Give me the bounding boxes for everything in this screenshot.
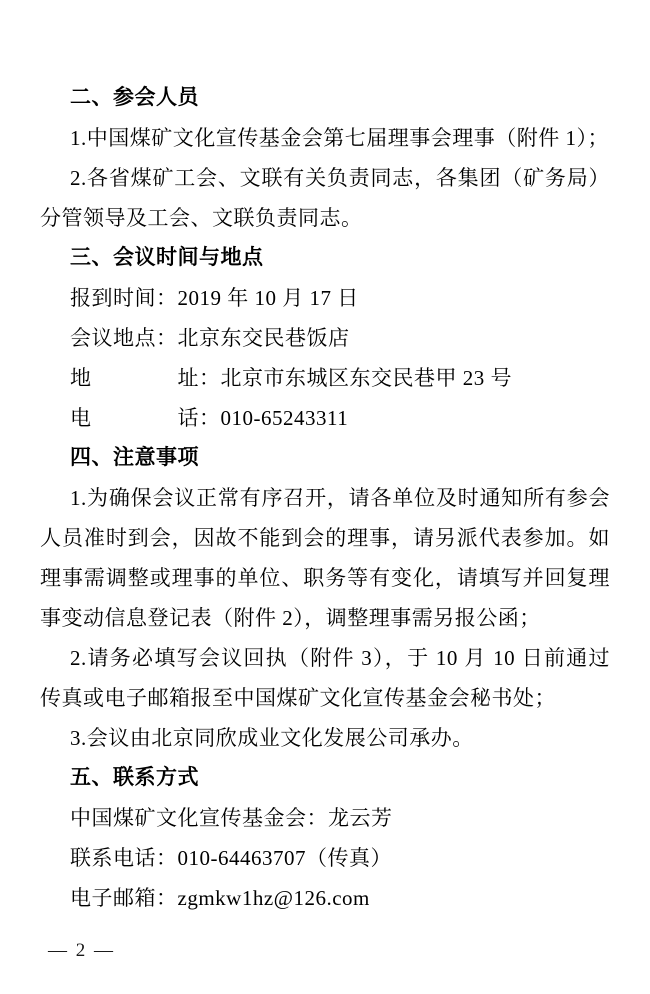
document-body: 二、参会人员 1.中国煤矿文化宣传基金会第七届理事会理事（附件 1）； 2.各省… bbox=[40, 78, 610, 918]
paragraph: 3.会议由北京同欣成业文化发展公司承办。 bbox=[40, 718, 610, 758]
paragraph: 1.中国煤矿文化宣传基金会第七届理事会理事（附件 1）； bbox=[40, 118, 610, 158]
paragraph: 联系电话：010-64463707（传真） bbox=[40, 838, 610, 878]
paragraph: 电子邮箱：zgmkw1hz@126.com bbox=[40, 878, 610, 918]
paragraph: 中国煤矿文化宣传基金会：龙云芳 bbox=[40, 798, 610, 838]
paragraph: 报到时间：2019 年 10 月 17 日 bbox=[40, 278, 610, 318]
paragraph: 地 址：北京市东城区东交民巷甲 23 号 bbox=[40, 358, 610, 398]
page-number: — 2 — bbox=[48, 938, 115, 964]
section-contact: 五、联系方式 中国煤矿文化宣传基金会：龙云芳 联系电话：010-64463707… bbox=[40, 758, 610, 918]
paragraph: 会议地点：北京东交民巷饭店 bbox=[40, 318, 610, 358]
section-heading: 二、参会人员 bbox=[40, 78, 610, 118]
section-notes: 四、注意事项 1.为确保会议正常有序召开，请各单位及时通知所有参会人员准时到会，… bbox=[40, 438, 610, 758]
section-participants: 二、参会人员 1.中国煤矿文化宣传基金会第七届理事会理事（附件 1）； 2.各省… bbox=[40, 78, 610, 238]
section-heading: 四、注意事项 bbox=[40, 438, 610, 478]
paragraph: 电 话：010-65243311 bbox=[40, 398, 610, 438]
paragraph: 2.各省煤矿工会、文联有关负责同志，各集团（矿务局）分管领导及工会、文联负责同志… bbox=[40, 158, 610, 238]
section-heading: 三、会议时间与地点 bbox=[40, 238, 610, 278]
section-time-location: 三、会议时间与地点 报到时间：2019 年 10 月 17 日 会议地点：北京东… bbox=[40, 238, 610, 438]
paragraph: 1.为确保会议正常有序召开，请各单位及时通知所有参会人员准时到会，因故不能到会的… bbox=[40, 478, 610, 638]
section-heading: 五、联系方式 bbox=[40, 758, 610, 798]
document-page: 二、参会人员 1.中国煤矿文化宣传基金会第七届理事会理事（附件 1）； 2.各省… bbox=[0, 0, 650, 994]
paragraph: 2.请务必填写会议回执（附件 3），于 10 月 10 日前通过传真或电子邮箱报… bbox=[40, 638, 610, 718]
